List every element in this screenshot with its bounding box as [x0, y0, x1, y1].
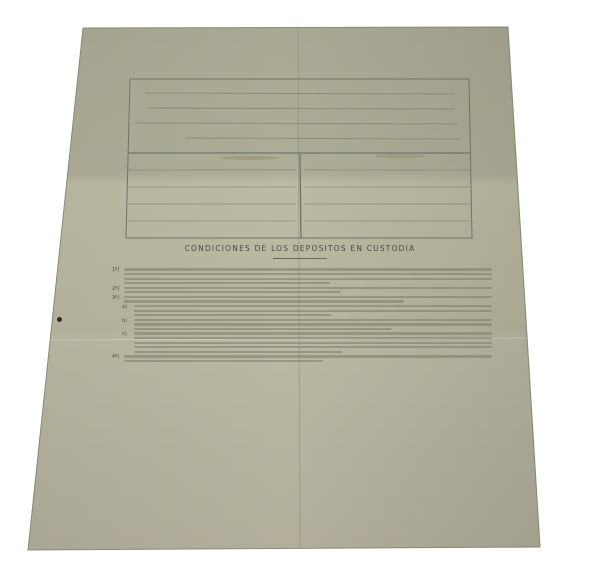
text-line	[124, 300, 404, 302]
condition-paragraph: b)	[112, 319, 492, 330]
text-line	[134, 342, 492, 344]
condition-paragraph: 1º)	[112, 268, 492, 284]
text-line	[134, 319, 492, 321]
condition-paragraph: a)	[112, 305, 492, 316]
document-title: CONDICIONES DE LOS DEPOSITOS EN CUSTODIA	[160, 244, 440, 253]
text-line	[134, 323, 492, 325]
text-line	[134, 328, 392, 330]
text-line	[134, 314, 331, 316]
text-line	[124, 273, 492, 275]
text-line	[134, 310, 492, 312]
condition-paragraph: 4º)	[112, 355, 492, 362]
text-line	[134, 351, 342, 353]
conditions-list: 1º)2º)3º)a)b)c)4º)	[112, 266, 492, 365]
text-line	[124, 360, 323, 362]
paragraph-marker: 4º)	[112, 354, 120, 360]
paragraph-marker: a)	[122, 304, 127, 310]
condition-paragraph: 2º)	[112, 287, 492, 294]
document-photo: CONDICIONES DE LOS DEPOSITOS EN CUSTODIA…	[0, 0, 600, 576]
text-line	[134, 305, 492, 307]
text-line	[124, 355, 492, 357]
paragraph-marker: 1º)	[112, 267, 120, 273]
text-line	[124, 287, 492, 289]
text-line	[134, 346, 492, 348]
text-line	[124, 268, 492, 270]
condition-paragraph: c)	[112, 332, 492, 353]
text-line	[134, 332, 492, 334]
text-line	[124, 282, 330, 284]
text-line	[124, 296, 492, 298]
text-line	[124, 278, 492, 280]
paragraph-marker: b)	[122, 318, 127, 324]
text-line	[124, 291, 341, 293]
paragraph-marker: c)	[122, 331, 127, 337]
title-underline	[273, 258, 327, 259]
paragraph-marker: 3º)	[112, 295, 120, 301]
ink-spot	[57, 317, 62, 322]
paragraph-marker: 2º)	[112, 286, 120, 292]
text-line	[134, 337, 492, 339]
condition-paragraph: 3º)	[112, 296, 492, 303]
